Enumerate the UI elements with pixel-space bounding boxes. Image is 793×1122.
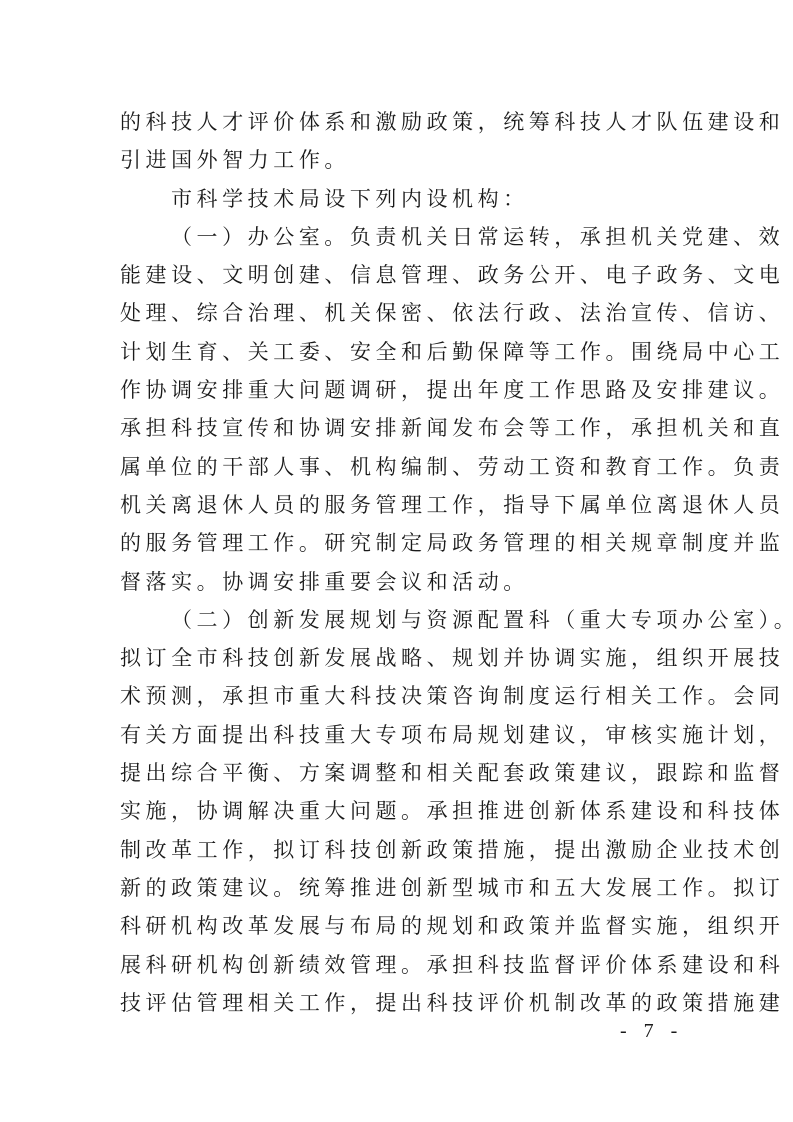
text-line: 计划生育、关工委、安全和后勤保障等工作。围绕局中心工 xyxy=(120,333,685,371)
text-line: 科研机构改革发展与布局的规划和政策并监督实施，组织开 xyxy=(120,907,685,945)
text-line: 督落实。协调安排重要会议和活动。 xyxy=(120,563,685,601)
text-line: 实施，协调解决重大问题。承担推进创新体系建设和科技体 xyxy=(120,792,685,830)
page-number: - 7 - xyxy=(620,1020,683,1043)
text-line: 承担科技宣传和协调安排新闻发布会等工作，承担机关和直 xyxy=(120,409,685,447)
text-line: 拟订全市科技创新发展战略、规划并协调实施，组织开展技 xyxy=(120,639,685,677)
text-line: 作协调安排重大问题调研，提出年度工作思路及安排建议。 xyxy=(120,371,685,409)
section-heading-planning: （二）创新发展规划与资源配置科（重大专项办公室）。 xyxy=(120,601,685,639)
text-line: 引进国外智力工作。 xyxy=(120,141,685,179)
text-line: 提出综合平衡、方案调整和相关配套政策建议，跟踪和监督 xyxy=(120,754,685,792)
text-line: 技评估管理相关工作，提出科技评价机制改革的政策措施建 xyxy=(120,984,685,1022)
text-line: 展科研机构创新绩效管理。承担科技监督评价体系建设和科 xyxy=(120,946,685,984)
text-line: 术预测，承担市重大科技决策咨询制度运行相关工作。会同 xyxy=(120,677,685,715)
text-line: 机关离退休人员的服务管理工作，指导下属单位离退休人员 xyxy=(120,486,685,524)
text-line: 能建设、文明创建、信息管理、政务公开、电子政务、文电 xyxy=(120,256,685,294)
text-line: 的服务管理工作。研究制定局政务管理的相关规章制度并监 xyxy=(120,524,685,562)
text-line: 新的政策建议。统筹推进创新型城市和五大发展工作。拟订 xyxy=(120,869,685,907)
text-line: 有关方面提出科技重大专项布局规划建议，审核实施计划， xyxy=(120,716,685,754)
document-page: 的科技人才评价体系和激励政策，统筹科技人才队伍建设和 引进国外智力工作。 市科学… xyxy=(0,0,793,1122)
text-line: 的科技人才评价体系和激励政策，统筹科技人才队伍建设和 xyxy=(120,103,685,141)
section-intro-line: 市科学技术局设下列内设机构： xyxy=(120,180,685,218)
text-line: 制改革工作，拟订科技创新政策措施，提出激励企业技术创 xyxy=(120,831,685,869)
text-line: 属单位的干部人事、机构编制、劳动工资和教育工作。负责 xyxy=(120,448,685,486)
text-line: 处理、综合治理、机关保密、依法行政、法治宣传、信访、 xyxy=(120,294,685,332)
body-text: 的科技人才评价体系和激励政策，统筹科技人才队伍建设和 引进国外智力工作。 市科学… xyxy=(120,103,685,1022)
section-heading-office: （一）办公室。负责机关日常运转，承担机关党建、效 xyxy=(120,218,685,256)
